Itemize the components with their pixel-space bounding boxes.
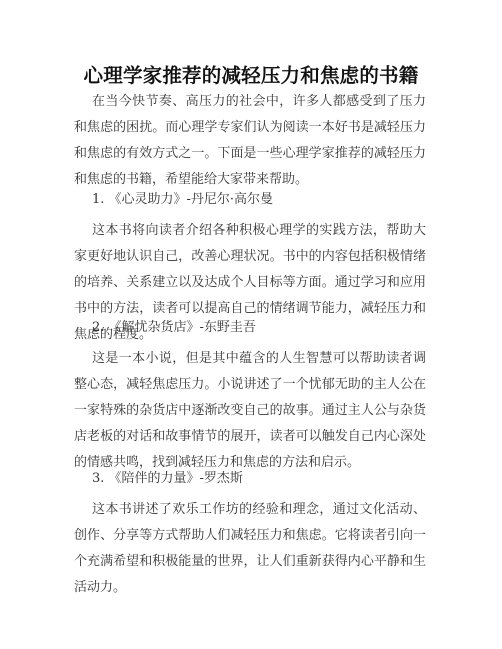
intro-paragraph: 在当今快节奏、高压力的社会中，许多人都感受到了压力和焦虑的困扰。而心理学专家们认… [74,89,426,193]
book-heading-3: 3. 《陪伴的力量》-罗杰斯 [92,469,243,489]
book-description-2: 这是一本小说，但是其中蕴含的人生智慧可以帮助读者调整心态，减轻焦虑压力。小说讲述… [74,346,426,476]
book-description-3: 这本书讲述了欢乐工作坊的经验和理念，通过文化活动、创作、分享等方式帮助人们减轻压… [74,497,426,601]
book-heading-1: 1. 《心灵助力》-丹尼尔·高尔曼 [92,190,273,210]
document-page: 心理学家推荐的减轻压力和焦虑的书籍 在当今快节奏、高压力的社会中，许多人都感受到… [0,0,502,649]
document-title: 心理学家推荐的减轻压力和焦虑的书籍 [0,60,502,88]
book-heading-2: 2. 《解忧杂货店》-东野圭吾 [92,318,256,338]
